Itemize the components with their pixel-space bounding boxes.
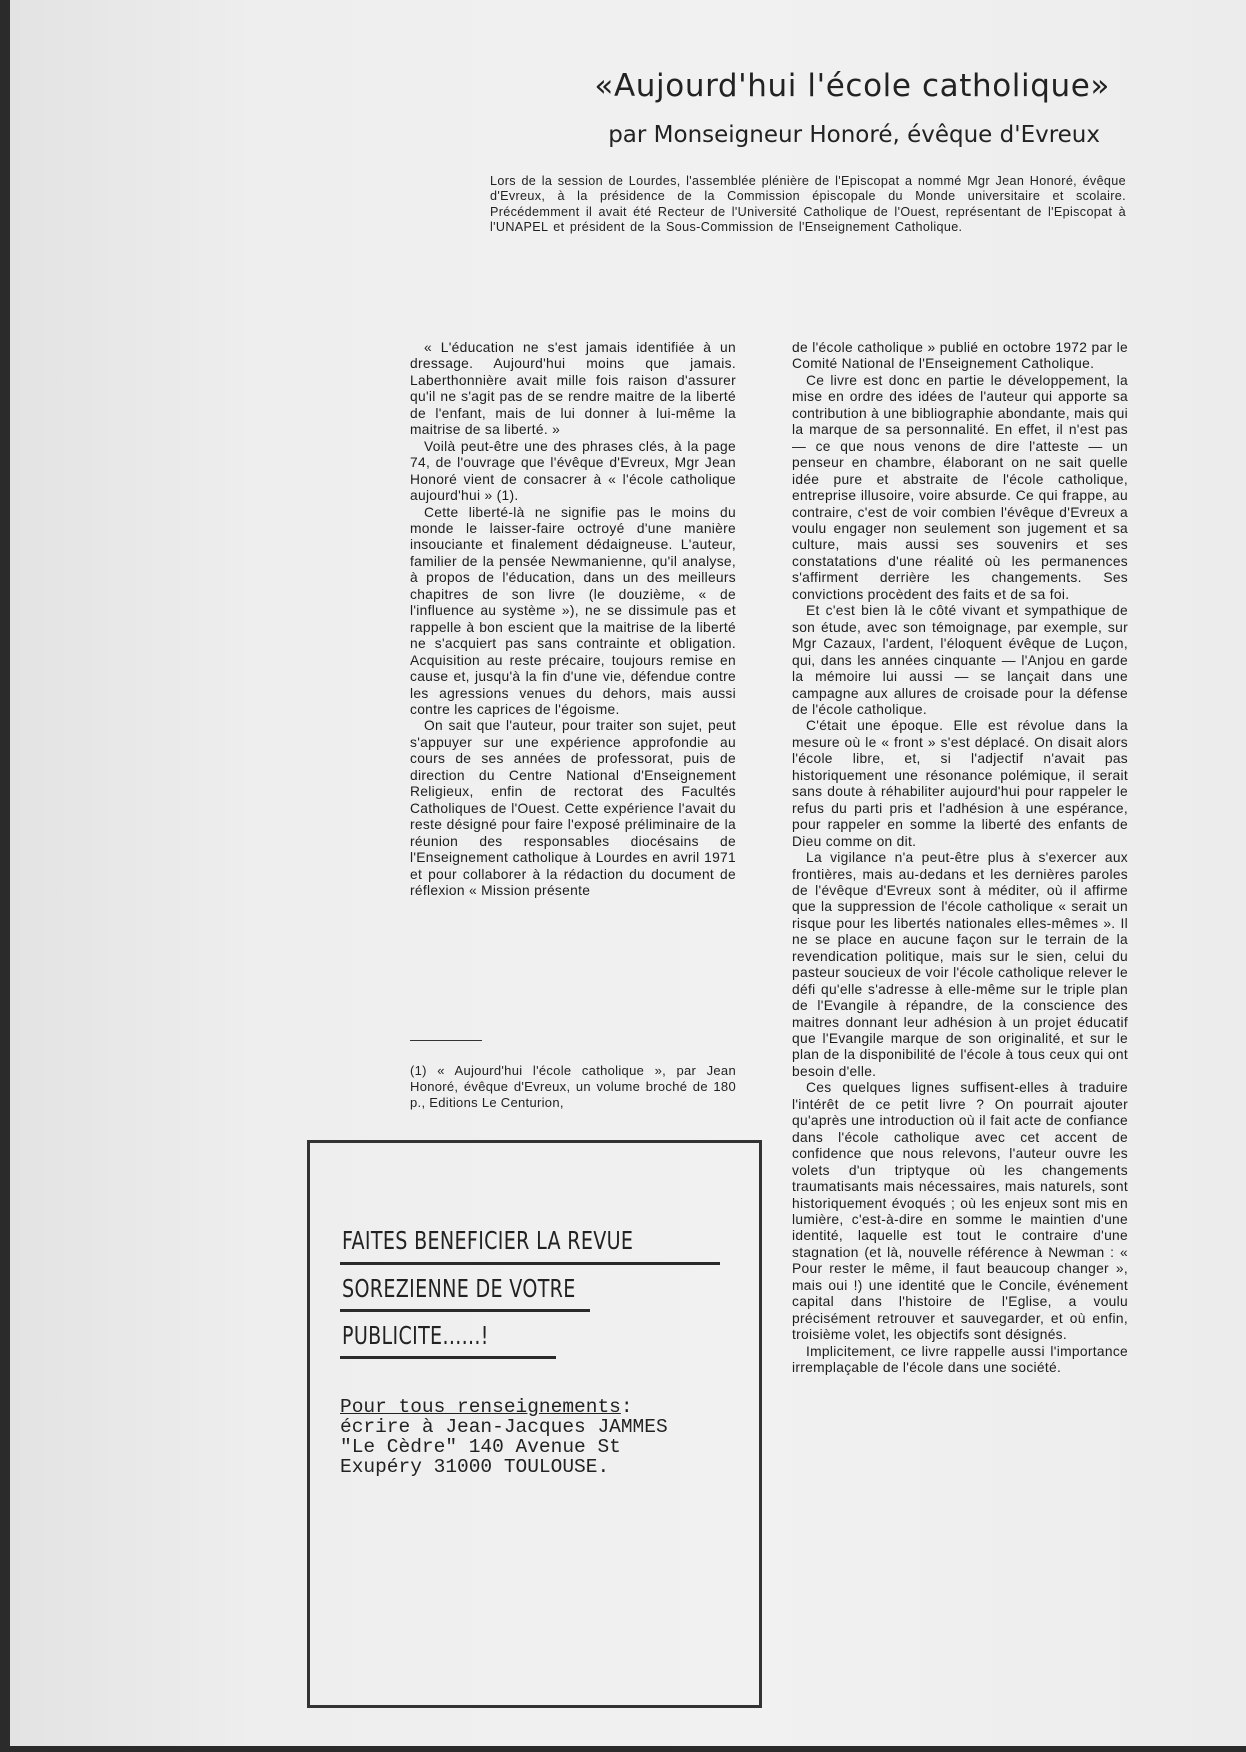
paragraph: Voilà peut-être une des phrases clés, à … [410,439,736,505]
article-title: «Aujourd'hui l'école catholique» [446,68,1110,104]
right-column: de l'école catholique » publié en octobr… [792,340,1128,1377]
paragraph: On sait que l'auteur, pour traiter son s… [410,718,736,899]
ad-contact-line: écrire à Jean-Jacques JAMMES [340,1416,668,1438]
footnote: (1) « Aujourd'hui l'école catholique », … [410,1063,736,1111]
ad-headline-line: SOREZIENNE DE VOTRE [342,1274,576,1303]
paragraph: Implicitement, ce livre rappelle aussi l… [792,1344,1128,1377]
ad-contact-line: Exupéry 31000 TOULOUSE. [340,1456,609,1478]
ad-underline [340,1262,720,1265]
ad-underline [340,1309,590,1312]
advertisement-box: FAITES BENEFICIER LA REVUE SOREZIENNE DE… [307,1140,762,1708]
left-column: « L'éducation ne s'est jamais identifiée… [410,340,736,899]
footnote-divider [410,1040,482,1041]
paragraph: de l'école catholique » publié en octobr… [792,340,1128,373]
paragraph: Ce livre est donc en partie le développe… [792,373,1128,603]
paragraph: Ces quelques lignes suffisent-elles à tr… [792,1080,1128,1343]
paragraph: La vigilance n'a peut-être plus à s'exer… [792,850,1128,1080]
ad-contact-block: Pour tous renseignements: écrire à Jean-… [340,1397,668,1477]
article-byline: par Monseigneur Honoré, évêque d'Evreux [446,122,1100,148]
paragraph: C'était une époque. Elle est révolue dan… [792,718,1128,850]
ad-headline-line: PUBLICITE......! [342,1321,489,1350]
paragraph: Et c'est bien là le côté vivant et sympa… [792,603,1128,718]
paragraph: « L'éducation ne s'est jamais identifiée… [410,340,736,439]
ad-contact-label: Pour tous renseignements [340,1396,621,1418]
ad-headline-line: FAITES BENEFICIER LA REVUE [342,1226,633,1255]
ad-contact-line: "Le Cèdre" 140 Avenue St [340,1436,621,1458]
paragraph: Cette liberté-là ne signifie pas le moin… [410,505,736,719]
scanned-page: «Aujourd'hui l'école catholique» par Mon… [10,0,1246,1746]
ad-contact-label-suffix: : [621,1396,633,1418]
ad-underline [340,1356,556,1359]
article-intro: Lors de la session de Lourdes, l'assembl… [490,174,1126,236]
